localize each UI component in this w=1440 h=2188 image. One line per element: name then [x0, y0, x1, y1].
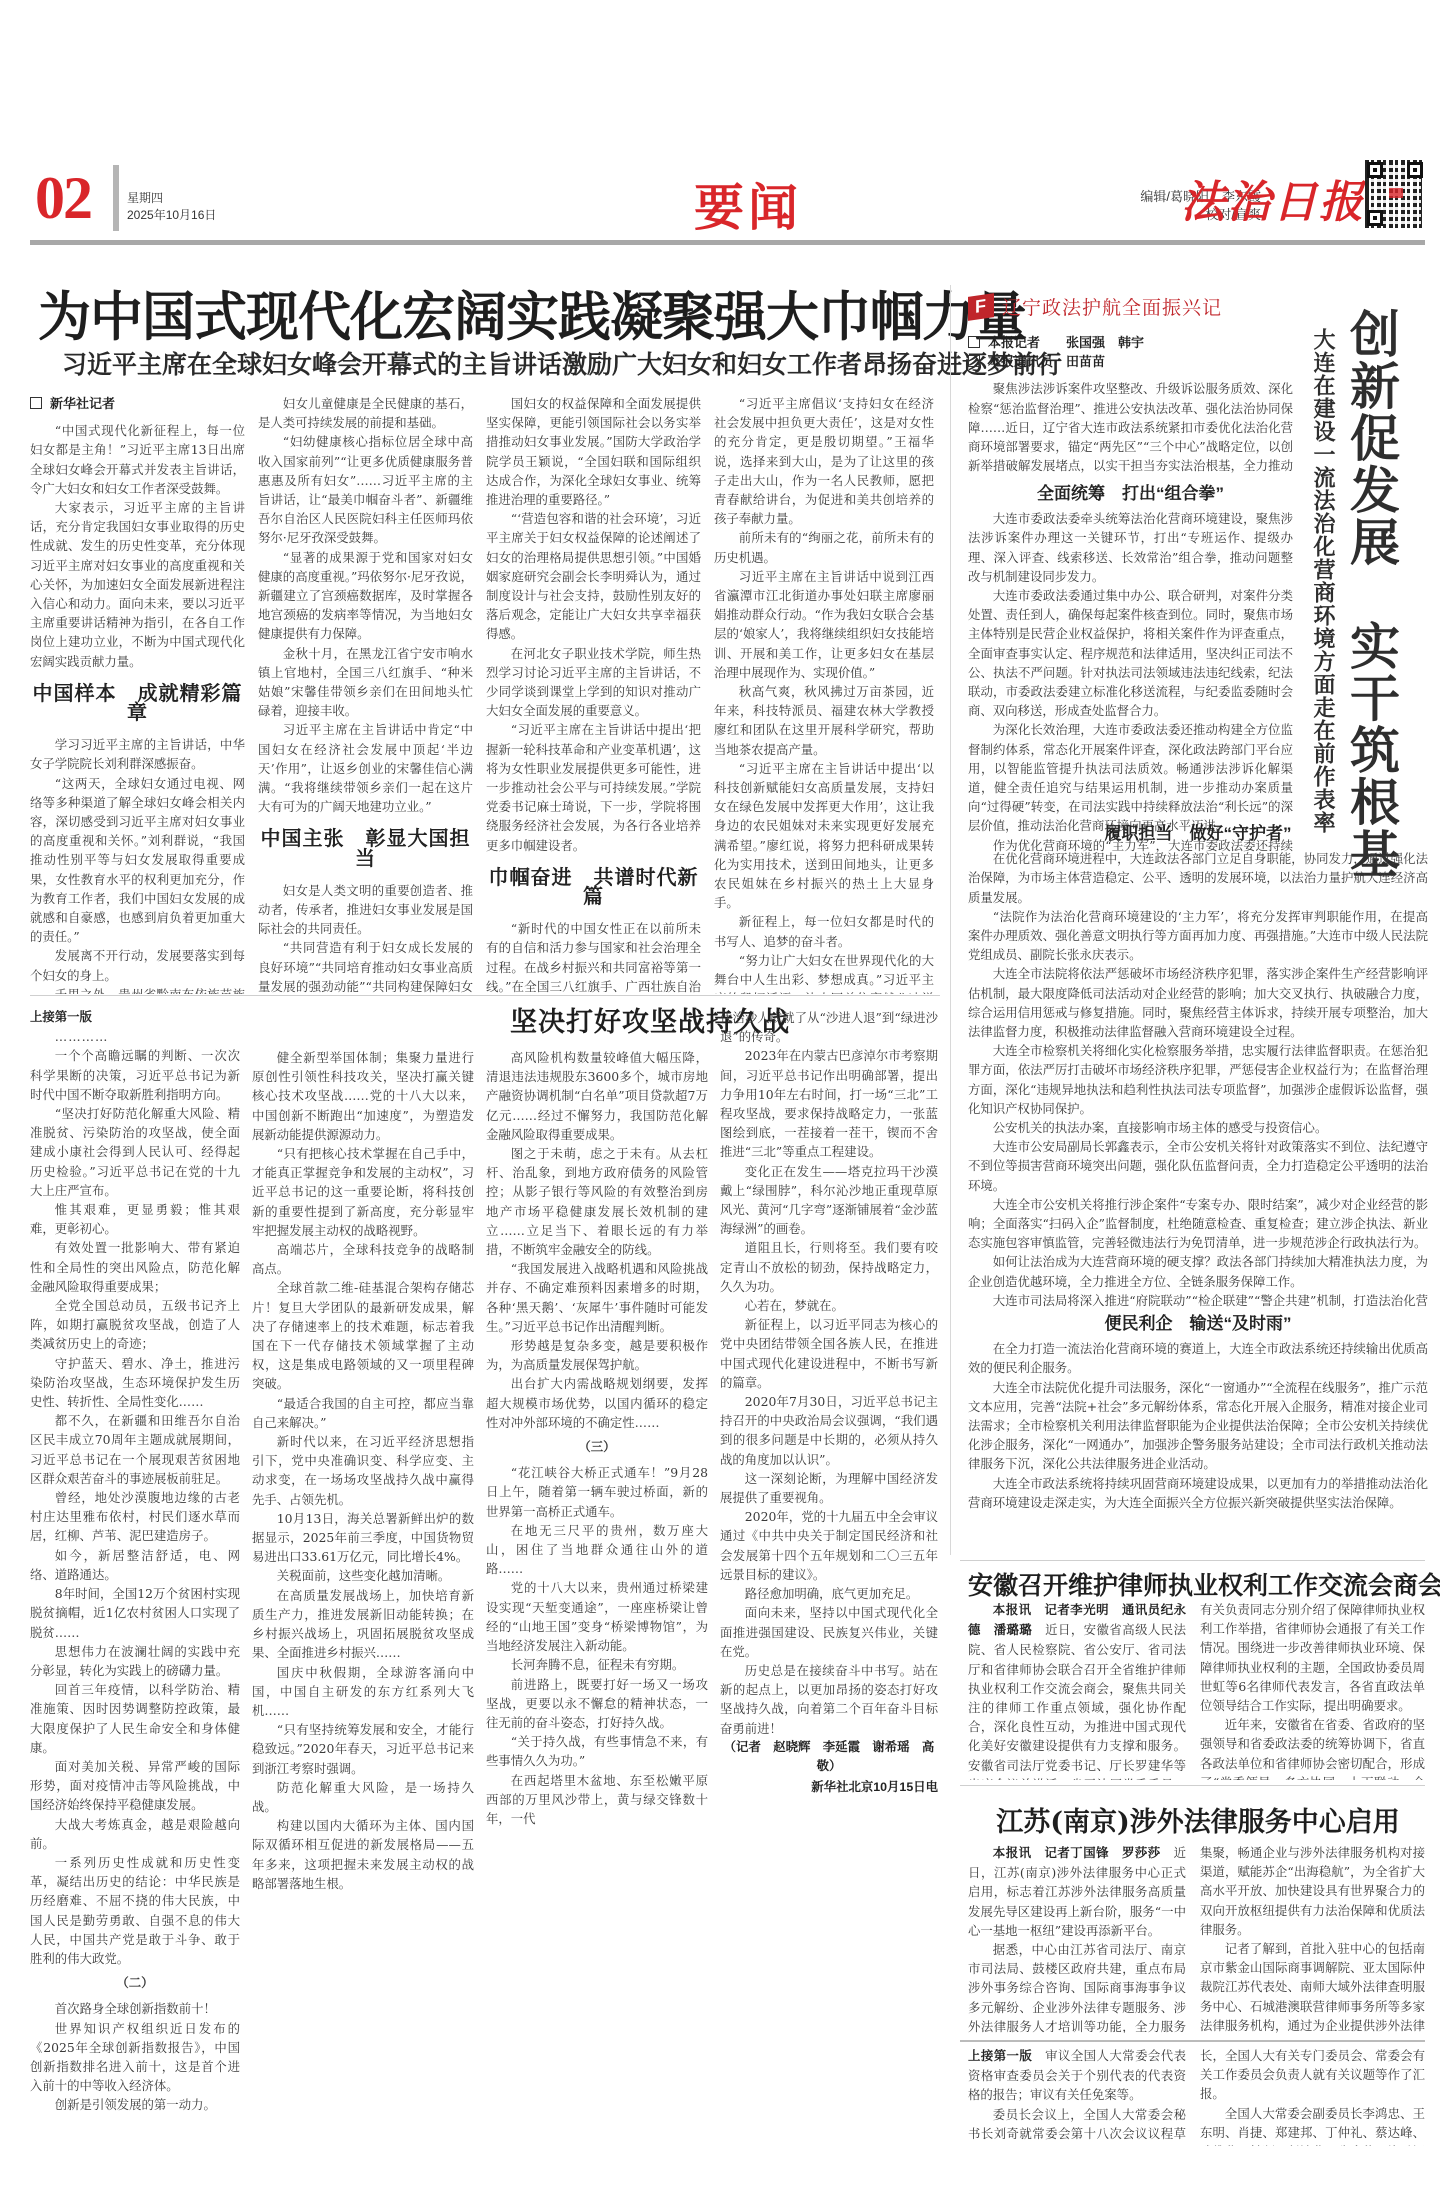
paragraph: “共同营造有利于妇女成长发展的良好环境”“共同培育推动妇女事业高质量发展的强劲动… — [258, 938, 473, 994]
paragraph: 世界知识产权组织近日发布的《2025年全球创新指数报告》，中国创新指数排名进入前… — [30, 2019, 240, 2096]
npc-column-2: 长，全国人大有关专门委员会、常委会有关工作委员会负责人就有关议题等作了汇报。 全… — [1200, 2046, 1425, 2146]
paragraph: “只有把核心技术掌握在自己手中，才能真正掌握竞争和发展的主动权”，习近平总书记的… — [252, 1144, 474, 1240]
paragraph: 10月13日，海关总署新鲜出炉的数据显示，2025年前三季度，中国货物贸易进出口… — [252, 1509, 474, 1567]
paragraph: “中国式现代化新征程上，每一位妇女都是主角！”习近平主席13日出席全球妇女峰会开… — [30, 421, 245, 498]
continued-label: 上接第一版 — [30, 1008, 240, 1027]
section-subhead: 巾帼奋进 共谱时代新篇 — [486, 869, 701, 907]
anhui-column-1: 本报讯 记者李光明 通讯员纪永德 潘璐璐 近日，安徽省高级人民法院、省人民检察院… — [968, 1600, 1186, 1780]
paragraph: 国妇女的权益保障和全面发展提供坚实保障，更能引领国际社会以务实举措推动妇女事业发… — [486, 394, 701, 509]
paragraph: 大连全市法院将依法严惩破坏市场经济秩序犯罪，落实涉企案件生产经营影响评估机制，最… — [968, 964, 1428, 1041]
paragraph: 变化正在发生——塔克拉玛干沙漠戴上“绿围脖”，科尔沁沙地正重现草原风光、黄河“几… — [720, 1162, 938, 1239]
paragraph: 习近平主席在主旨讲话中肯定“中国妇女在经济社会发展中顶起‘半边天’作用”，让返乡… — [258, 720, 473, 816]
page-masthead: 02 星期四 2025年10月16日 要闻 编辑/葛晓阳 李东霞 校对/宣爽 法… — [30, 160, 1425, 240]
liaoning-section-1: 全面统筹 打出“组合拳” 大连市委政法委牵头统筹法治化营商环境建设，聚焦涉法涉诉… — [968, 478, 1293, 858]
paragraph: 据悉，中心由江苏省司法厅、南京市司法局、鼓楼区政府共建，重点布局涉外事务综合咨询… — [968, 1940, 1186, 2033]
paragraph: 一个个高瞻远瞩的判断、一次次科学果断的决策，习近平总书记为新时代中国不断夺取新胜… — [30, 1046, 240, 1104]
second-column-1: 上接第一版 ………… 一个个高瞻远瞩的判断、一次次科学果断的决策，习近平总书记为… — [30, 1008, 240, 2178]
paragraph: 如今，新居整洁舒适，电、网络、道路通达。 — [30, 1546, 240, 1584]
story-divider — [960, 2040, 1425, 2042]
paragraph: 这一深刻论断，为理解中国经济发展提供了重要视角。 — [720, 1469, 938, 1507]
paragraph: 在地无三尺平的贵州，数万座大山，困住了当地群众通往山外的道路…… — [486, 1521, 708, 1579]
paragraph: 2020年，党的十九届五中全会审议通过《中共中央关于制定国民经济和社会发展第十四… — [720, 1507, 938, 1584]
byline-box-icon — [968, 336, 980, 348]
paragraph: 道阻且长，行则将至。我们要有咬定青山不放松的韧劲，保持战略定力，久久为功。 — [720, 1238, 938, 1296]
paragraph: 曾经，地处沙漠腹地边缘的古老村庄达里雅布依村，村民们逐水草而居，红柳、芦苇、泥巴… — [30, 1488, 240, 1546]
paragraph: 近年来，安徽省在省委、省政府的坚强领导和省委政法委的统筹协调下，省直各政法单位和… — [1200, 1715, 1425, 1780]
dateline: 新华社北京10月15日电 — [720, 1778, 938, 1797]
paragraph: “花江峡谷大桥正式通车！”9月28日上午，随着第一辆车驶过桥面，新的世界第一高桥… — [486, 1463, 708, 1521]
anhui-column-2: 有关负责同志分别介绍了保障律师执业权利工作举措，省律师协会通报了有关工作情况。围… — [1200, 1600, 1425, 1780]
paragraph: 大连市委政法委牵头统筹法治化营商环境建设，聚焦涉法涉诉案件办理这一关键环节，打出… — [968, 509, 1293, 586]
paragraph-text: 近日，安徽省高级人民法院、省人民检察院、省公安厅、省司法厅和省律师协会联合召开全… — [968, 1622, 1186, 1780]
lead-label: 本报讯 — [993, 1846, 1032, 1860]
lead-column-1: 新华社记者 “中国式现代化新征程上，每一位妇女都是主角！”习近平主席13日出席全… — [30, 394, 245, 994]
series-tag: 辽宁政法护航全面振兴记 — [968, 293, 1222, 320]
paragraph: “习近平主席在主旨讲话中提出‘把握新一轮科技革命和产业变革机遇’，这将为女性职业… — [486, 720, 701, 854]
paragraph: 高风险机构数量较峰值大幅压降，清退违法违规股东3600多个，城市房地产融资协调机… — [486, 1048, 708, 1144]
section-number: （二） — [30, 1974, 240, 1993]
paragraph: 新征程上，每一位妇女都是时代的书写人、追梦的奋斗者。 — [714, 912, 934, 950]
feature-vertical-subheadline: 大连在建设一流法治化营商环境方面走在前作表率 — [1310, 328, 1336, 834]
page-number-divider — [113, 165, 119, 231]
liaoning-intro: 本报记者 张国强 韩宇 本报通讯员 田苗苗 聚焦涉法涉诉案件攻坚整改、升级诉讼服… — [968, 333, 1293, 478]
paragraph: 全球首款二维-硅基混合架构存储芯片！复旦大学团队的最新研发成果，解决了存储速率上… — [252, 1278, 474, 1393]
paragraph: “新时代的中国女性正在以前所未有的自信和活力参与国家和社会治理全过程。在战乡村振… — [486, 919, 701, 994]
paragraph: 如何让法治成为大连营商环境的硬支撑？政法各部门持续加大精准执法力度，为企业创造优… — [968, 1252, 1428, 1290]
paragraph: 路径愈加明确，底气更加充足。 — [720, 1584, 938, 1603]
byline-box-icon — [30, 397, 42, 409]
paragraph: 2020年7月30日，习近平总书记主持召开的中央政治局会议强调，“我们遇到的很多… — [720, 1392, 938, 1469]
paragraph: 守护蓝天、碧水、净土，推进污染防治攻坚战，生态环境保护发生历史性、转折性、全局性… — [30, 1354, 240, 1412]
paragraph: 思想伟力在波澜壮阔的实践中充分彰显，转化为实践上的磅礴力量。 — [30, 1642, 240, 1680]
paragraph: “法院作为法治化营商环境建设的‘主力军’，将充分发挥审判职能作用，在提高案件办理… — [968, 907, 1428, 965]
paragraph: 全党全国总动员，五级书记齐上阵，如期打赢脱贫攻坚战，创造了人类减贫历史上的奇迹； — [30, 1296, 240, 1354]
newspaper-logo: 法治日报 — [1181, 166, 1365, 230]
date: 2025年10月16日 — [127, 207, 216, 224]
lead-column-3: 国妇女的权益保障和全面发展提供坚实保障，更能引领国际社会以务实举措推动妇女事业发… — [486, 394, 701, 994]
paragraph: 防范化解重大风险，是一场持久战。 — [252, 1778, 474, 1816]
paragraph: 前所未有的“绚丽之花，前所未有的历史机遇。 — [714, 528, 934, 566]
byline: 新华社记者 — [30, 394, 245, 413]
paragraph: 都不久，在新疆和田维吾尔自治区民丰成立70周年主题成就展期间，习近平总书记在一个… — [30, 1411, 240, 1488]
paragraph: 形势越是复杂多变，越是要积极作为，为高质量发展保驾护航。 — [486, 1336, 708, 1374]
paragraph: 妇女儿童健康是全民健康的基石，是人类可持续发展的前提和基础。 — [258, 394, 473, 432]
paragraph: “只有坚持统筹发展和安全，才能行稳致远。”2020年春天，习近平总书记来到浙江考… — [252, 1720, 474, 1778]
story-divider — [30, 995, 940, 996]
paragraph: “习近平主席倡议‘支持妇女在经济社会发展中担负更大责任’，这是对女性的充分肯定，… — [714, 394, 934, 528]
paragraph: 新时代以来，在习近平经济思想指引下，党中央准确识变、科学应变、主动求变，在一场场… — [252, 1432, 474, 1509]
series-tag-text: 辽宁政法护航全面振兴记 — [1002, 293, 1222, 320]
paragraph: 大连市公安局副局长郭鑫表示，全市公安机关将针对政策落实不到位、法纪遵守不到位等损… — [968, 1137, 1428, 1195]
paragraph: 集聚，畅通企业与涉外法律服务机构对接渠道，赋能苏企“出海稳航”，为全省扩大高水平… — [1200, 1843, 1425, 1939]
lead-column-2: 妇女儿童健康是全民健康的基石，是人类可持续发展的前提和基础。 “妇幼健康核心指标… — [258, 394, 473, 994]
page-number: 02 — [35, 168, 91, 228]
paragraph: “我国发展进入战略机遇和风险挑战并存、不确定难预料因素增多的时期，各种‘黑天鹅’… — [486, 1259, 708, 1336]
paragraph: 关税面前，这些变化越加清晰。 — [252, 1566, 474, 1585]
paragraph: 大连全市政法系统将持续巩固营商环境建设成果，以更加有力的举措推动法治化营商环境建… — [968, 1474, 1428, 1512]
paragraph: “习近平主席在主旨讲话中提出‘以科技创新赋能妇女高质量发展，支持妇女在绿色发展中… — [714, 759, 934, 913]
paragraph: 在高质量发展战场上，加快培育新质生产力，推进发展新旧动能转换；在乡村振兴战场上，… — [252, 1586, 474, 1663]
paragraph: 大连全市法院优化提升司法服务，深化“一窗通办”“全流程在线服务”，推广示范文本应… — [968, 1378, 1428, 1474]
paragraph: 心若在，梦就在。 — [720, 1296, 938, 1315]
paragraph: 妇女是人类文明的重要创造者、推动者，传承者，推进妇女事业发展是国际社会的共同责任… — [258, 881, 473, 939]
paragraph: 首次路身全球创新指数前十！ — [30, 1999, 240, 2018]
byline-box-icon — [968, 355, 980, 367]
paragraph: 金秋十月，在黑龙江省宁安市响水镇上官地村，全国三八红旗手、“种米姑娘”宋馨佳带领… — [258, 644, 473, 721]
ellipsis: ………… — [30, 1027, 240, 1046]
reporter-credits: （记者 赵晓辉 李延霞 谢希瑶 高敬） — [720, 1738, 938, 1776]
paragraph: 大连市司法局将深入推进“府院联动”“检企联建”“警企共建”机制，打造法治化营商环… — [968, 1291, 1428, 1308]
paragraph: 图之于未萌，虑之于未有。从去杠杆、治乱象，到地方政府债务的风险管控；从影子银行等… — [486, 1144, 708, 1259]
paragraph: 面向未来，坚持以中国式现代化全面推进强国建设、民族复兴伟业，关键在党。 — [720, 1603, 938, 1661]
second-column-4: 代治沙人成就了从“沙进人退”到“绿进沙退”的传奇。 2023年在内蒙古巴彦淖尔市… — [720, 1008, 938, 2178]
section-subhead: 全面统筹 打出“组合拳” — [968, 484, 1293, 503]
paragraph: “妇幼健康核心指标位居全球中高收入国家前列”“让更多优质健康服务普惠惠及所有妇女… — [258, 432, 473, 547]
paragraph: “最适合我国的自主可控，都应当靠自己来解决。” — [252, 1394, 474, 1432]
paragraph: 创新是引领发展的第一动力。 — [30, 2095, 240, 2114]
paragraph: 2023年在内蒙古巴彦淖尔市考察期间，习近平总书记作出明确部署，提出力争用10年… — [720, 1046, 938, 1161]
series-logo-icon — [968, 293, 994, 321]
paragraph: 长，全国人大有关专门委员会、常委会有关工作委员会负责人就有关议题等作了汇报。 — [1200, 2046, 1425, 2104]
paragraph: 出台扩大内需战略规划纲要，发挥超大规模市场优势，以国内循环的稳定性对冲外部环境的… — [486, 1374, 708, 1432]
paragraph: “‘营造包容和谐的社会环境’，习近平主席关于妇女权益保障的论述阐述了妇女的治理格… — [486, 509, 701, 643]
qr-code-icon[interactable] — [1365, 160, 1425, 228]
paragraph: “这两天，全球妇女通过电视、网络等多种渠道了解全球妇女峰会相关内容，深切感受到习… — [30, 774, 245, 947]
paragraph: 8年时间，全国12万个贫困村实现脱贫摘帽，近1亿农村贫困人口实现了脱贫…… — [30, 1584, 240, 1642]
paragraph: 党的十八大以来，贵州通过桥梁建设实现“天堑变通途”，一座座桥梁让曾经的“山地王国… — [486, 1578, 708, 1655]
paragraph: 新征程上，以习近平同志为核心的党中央团结带领全国各族人民，在推进中国式现代化建设… — [720, 1315, 938, 1392]
paragraph: 委员长会议上，全国人大常委会秘书长刘奇就常委会第十八次会议议程草案和日程安排作了… — [968, 2105, 1186, 2146]
paragraph: 在西起塔里木盆地、东至松嫩平原西部的万里风沙带上，黄与绿交锋数十年，一代 — [486, 1771, 708, 1829]
section-number: （三） — [486, 1438, 708, 1457]
jiangsu-column-1: 本报讯 记者丁国锋 罗莎莎 近日，江苏(南京)涉外法律服务中心正式启用，标志着江… — [968, 1843, 1186, 2033]
lead-label: 本报讯 — [993, 1603, 1032, 1617]
paragraph: 有关负责同志分别介绍了保障律师执业权利工作举措，省律师协会通报了有关工作情况。围… — [1200, 1600, 1425, 1715]
qr-finder-icon — [1407, 162, 1423, 178]
npc-column-1: 上接第一版 审议全国人大常委会代表资格审查委员会关于个别代表的代表资格的报告；审… — [968, 2046, 1186, 2146]
feature-vertical-headline: 创新促发展 实干筑根基 — [1343, 308, 1399, 880]
liaoning-section-3: 便民利企 输送“及时雨” 在全力打造一流法治化营商环境的赛道上，大连全市政法系统… — [968, 1308, 1428, 1553]
paragraph: 惟其艰难，更显勇毅；惟其艰难，更彰初心。 — [30, 1200, 240, 1238]
paragraph: “坚决打好防范化解重大风险、精准脱贫、污染防治的攻坚战，使全面建成小康社会得到人… — [30, 1104, 240, 1200]
qr-finder-icon — [1367, 162, 1383, 178]
paragraph: 高端芯片，全球科技竞争的战略制高点。 — [252, 1240, 474, 1278]
byline: 本报记者 张国强 韩宇 — [968, 333, 1293, 352]
qr-finder-icon — [1367, 210, 1383, 226]
paragraph: 健全新型举国体制；集聚力量进行原创性引领性科技攻关，坚决打赢关键核心技术攻坚战…… — [252, 1048, 474, 1144]
anhui-headline: 安徽召开维护律师执业权利工作交流会商会 — [968, 1566, 1428, 1602]
paragraph: 国庆中秋假期，全球游客涌向中国，中国自主研发的东方红系列大飞机…… — [252, 1663, 474, 1721]
paragraph: 历史总是在接续奋斗中书写。站在新的起点上，以更加昂扬的姿态打好攻坚战持久战，向着… — [720, 1661, 938, 1738]
paragraph: 记者了解到，首批入驻中心的包括南京市紫金山国际商事调解院、亚太国际仲裁院江苏代表… — [1200, 1939, 1425, 2033]
paragraph: “显著的成果源于党和国家对妇女健康的高度重视。”玛依努尔·尼牙孜说，新疆建立了宫… — [258, 548, 473, 644]
paragraph: 回首三年疫情，以科学防治、精准施策、因时因势调整防控政策，最大限度保护了人民生命… — [30, 1680, 240, 1757]
liaoning-section-2: 履职担当 做好“守护者” 在优化营商环境进程中，大连政法各部门立足自身职能，协同… — [968, 818, 1428, 1308]
section-subhead: 便民利企 输送“及时雨” — [968, 1314, 1428, 1333]
jiangsu-headline: 江苏(南京)涉外法律服务中心启用 — [968, 1800, 1428, 1839]
section-subhead: 中国主张 彰显大国担当 — [258, 830, 473, 868]
section-title: 要闻 — [694, 168, 802, 240]
column-divider — [950, 285, 951, 1555]
paragraph: 前进路上，既要打好一场又一场攻坚战，更要以永不懈怠的精神状态，一往无前的奋斗姿态… — [486, 1675, 708, 1733]
story-divider — [960, 1785, 1425, 1786]
story-divider — [960, 1560, 1425, 1561]
paragraph: 全国人大常委会副委员长李鸿忠、王东明、肖捷、郑建邦、丁仲礼、蔡达峰、武维华、铁凝… — [1200, 2104, 1425, 2146]
paragraph: 构建以国内大循环为主体、国内国际双循环相互促进的新发展格局——五年多来，这项把握… — [252, 1816, 474, 1893]
paragraph: 代治沙人成就了从“沙进人退”到“绿进沙退”的传奇。 — [720, 1008, 938, 1046]
weekday: 星期四 — [127, 190, 216, 207]
paragraph: 聚焦涉法涉诉案件攻坚整改、升级诉讼服务质效、深化检察“惩治监督治理”、推进公安执… — [968, 379, 1293, 478]
paragraph: “努力让广大妇女在世界现代化的大舞台中人生出彩、梦想成真。”习近平主席的殷切话语… — [714, 951, 934, 994]
continued-label: 上接第一版 — [968, 2049, 1032, 2063]
paragraph: 面对美加关税、异常严峻的国际形势，面对疫情冲击等风险挑战，中国经济始终保持平稳健… — [30, 1757, 240, 1815]
paragraph: 一系列历史性成就和历史性变革，凝结出历史的结论：中华民族是历经磨难、不屈不挠的伟… — [30, 1853, 240, 1968]
paragraph: 秋高气爽，秋风拂过万亩茶园，近年来，科技特派员、福建农林大学教授廖红和团队在这里… — [714, 682, 934, 759]
lead-headline: 为中国式现代化宏阔实践凝聚强大巾帼力量 — [38, 288, 938, 348]
paragraph: “关于持久战，有些事情急不来，有些事情久久为功。” — [486, 1732, 708, 1770]
jiangsu-column-2: 集聚，畅通企业与涉外法律服务机构对接渠道，赋能苏企“出海稳航”，为全省扩大高水平… — [1200, 1843, 1425, 2033]
section-subhead: 履职担当 做好“守护者” — [968, 824, 1428, 843]
paragraph: 在优化营商环境进程中，大连政法各部门立足自身职能，协同发力，通过强化法治保障，为… — [968, 849, 1428, 907]
paragraph: 大连全市检察机关将细化实化检察服务举措，忠实履行法律监督职责。在惩治犯罪方面，依… — [968, 1041, 1428, 1118]
qr-logo-icon — [1389, 188, 1403, 198]
paragraph: 公安机关的执法办案，直接影响市场主体的感受与投资信心。 — [968, 1118, 1428, 1137]
second-column-3: 高风险机构数量较峰值大幅压降，清退违法违规股东3600多个，城市房地产融资协调机… — [486, 1048, 708, 2178]
lead-subheadline: 习近平主席在全球妇女峰会开幕式的主旨讲话激励广大妇女和妇女工作者昂扬奋进逐梦前行 — [62, 350, 942, 380]
paragraph: 大连全市公安机关将推行涉企案件“专案专办、限时结案”，减少对企业经营的影响；全面… — [968, 1195, 1428, 1253]
paragraph: 在全力打造一流法治化营商环境的赛道上，大连全市政法系统还持续输出优质高效的便民利… — [968, 1339, 1428, 1377]
paragraph: 有效处置一批影响大、带有紧迫性和全局性的突出风险点，防范化解金融风险取得重要成果… — [30, 1238, 240, 1296]
issue-date: 星期四 2025年10月16日 — [127, 190, 216, 224]
second-column-2: 健全新型举国体制；集聚力量进行原创性引领性科技攻关，坚决打赢关键核心技术攻坚战…… — [252, 1048, 474, 2178]
paragraph: 长河奔腾不息，征程未有穷期。 — [486, 1655, 708, 1674]
paragraph: 学习习近平主席的主旨讲话，中华女子学院院长刘利群深感振奋。 — [30, 735, 245, 773]
masthead-rule — [30, 240, 1425, 245]
reporter-line: 记者丁国锋 罗莎莎 — [1044, 1846, 1160, 1860]
section-subhead: 中国样本 成就精彩篇章 — [30, 685, 245, 723]
paragraph: 大战大考炼真金，越是艰险越向前。 — [30, 1815, 240, 1853]
paragraph: 大连市委政法委通过集中办公、联合研判，对案件分类处置、责任到人，确保每起案件核查… — [968, 586, 1293, 720]
paragraph: 在河北女子职业技术学院，师生热烈学习讨论习近平主席的主旨讲话，不少同学谈到课堂上… — [486, 644, 701, 721]
paragraph: 千里之外，贵州省黔南布依族苗族自治州妇联主席杨拓奥，对主旨讲话中“我们打赢了人类… — [30, 985, 245, 994]
paragraph: 大家表示，习近平主席的主旨讲话，充分肯定我国妇女事业取得的历史性成就、发生的历史… — [30, 498, 245, 671]
byline: 本报通讯员 田苗苗 — [968, 352, 1293, 371]
paragraph: 习近平主席在主旨讲话中说到江西省瀛潭市江北街道办事处妇联主席廖丽娟推动群众行动。… — [714, 567, 934, 682]
lead-column-4: “习近平主席倡议‘支持妇女在经济社会发展中担负更大责任’，这是对女性的充分肯定，… — [714, 394, 934, 994]
paragraph: 发展离不开行动，发展要落实到每个妇女的身上。 — [30, 946, 245, 984]
